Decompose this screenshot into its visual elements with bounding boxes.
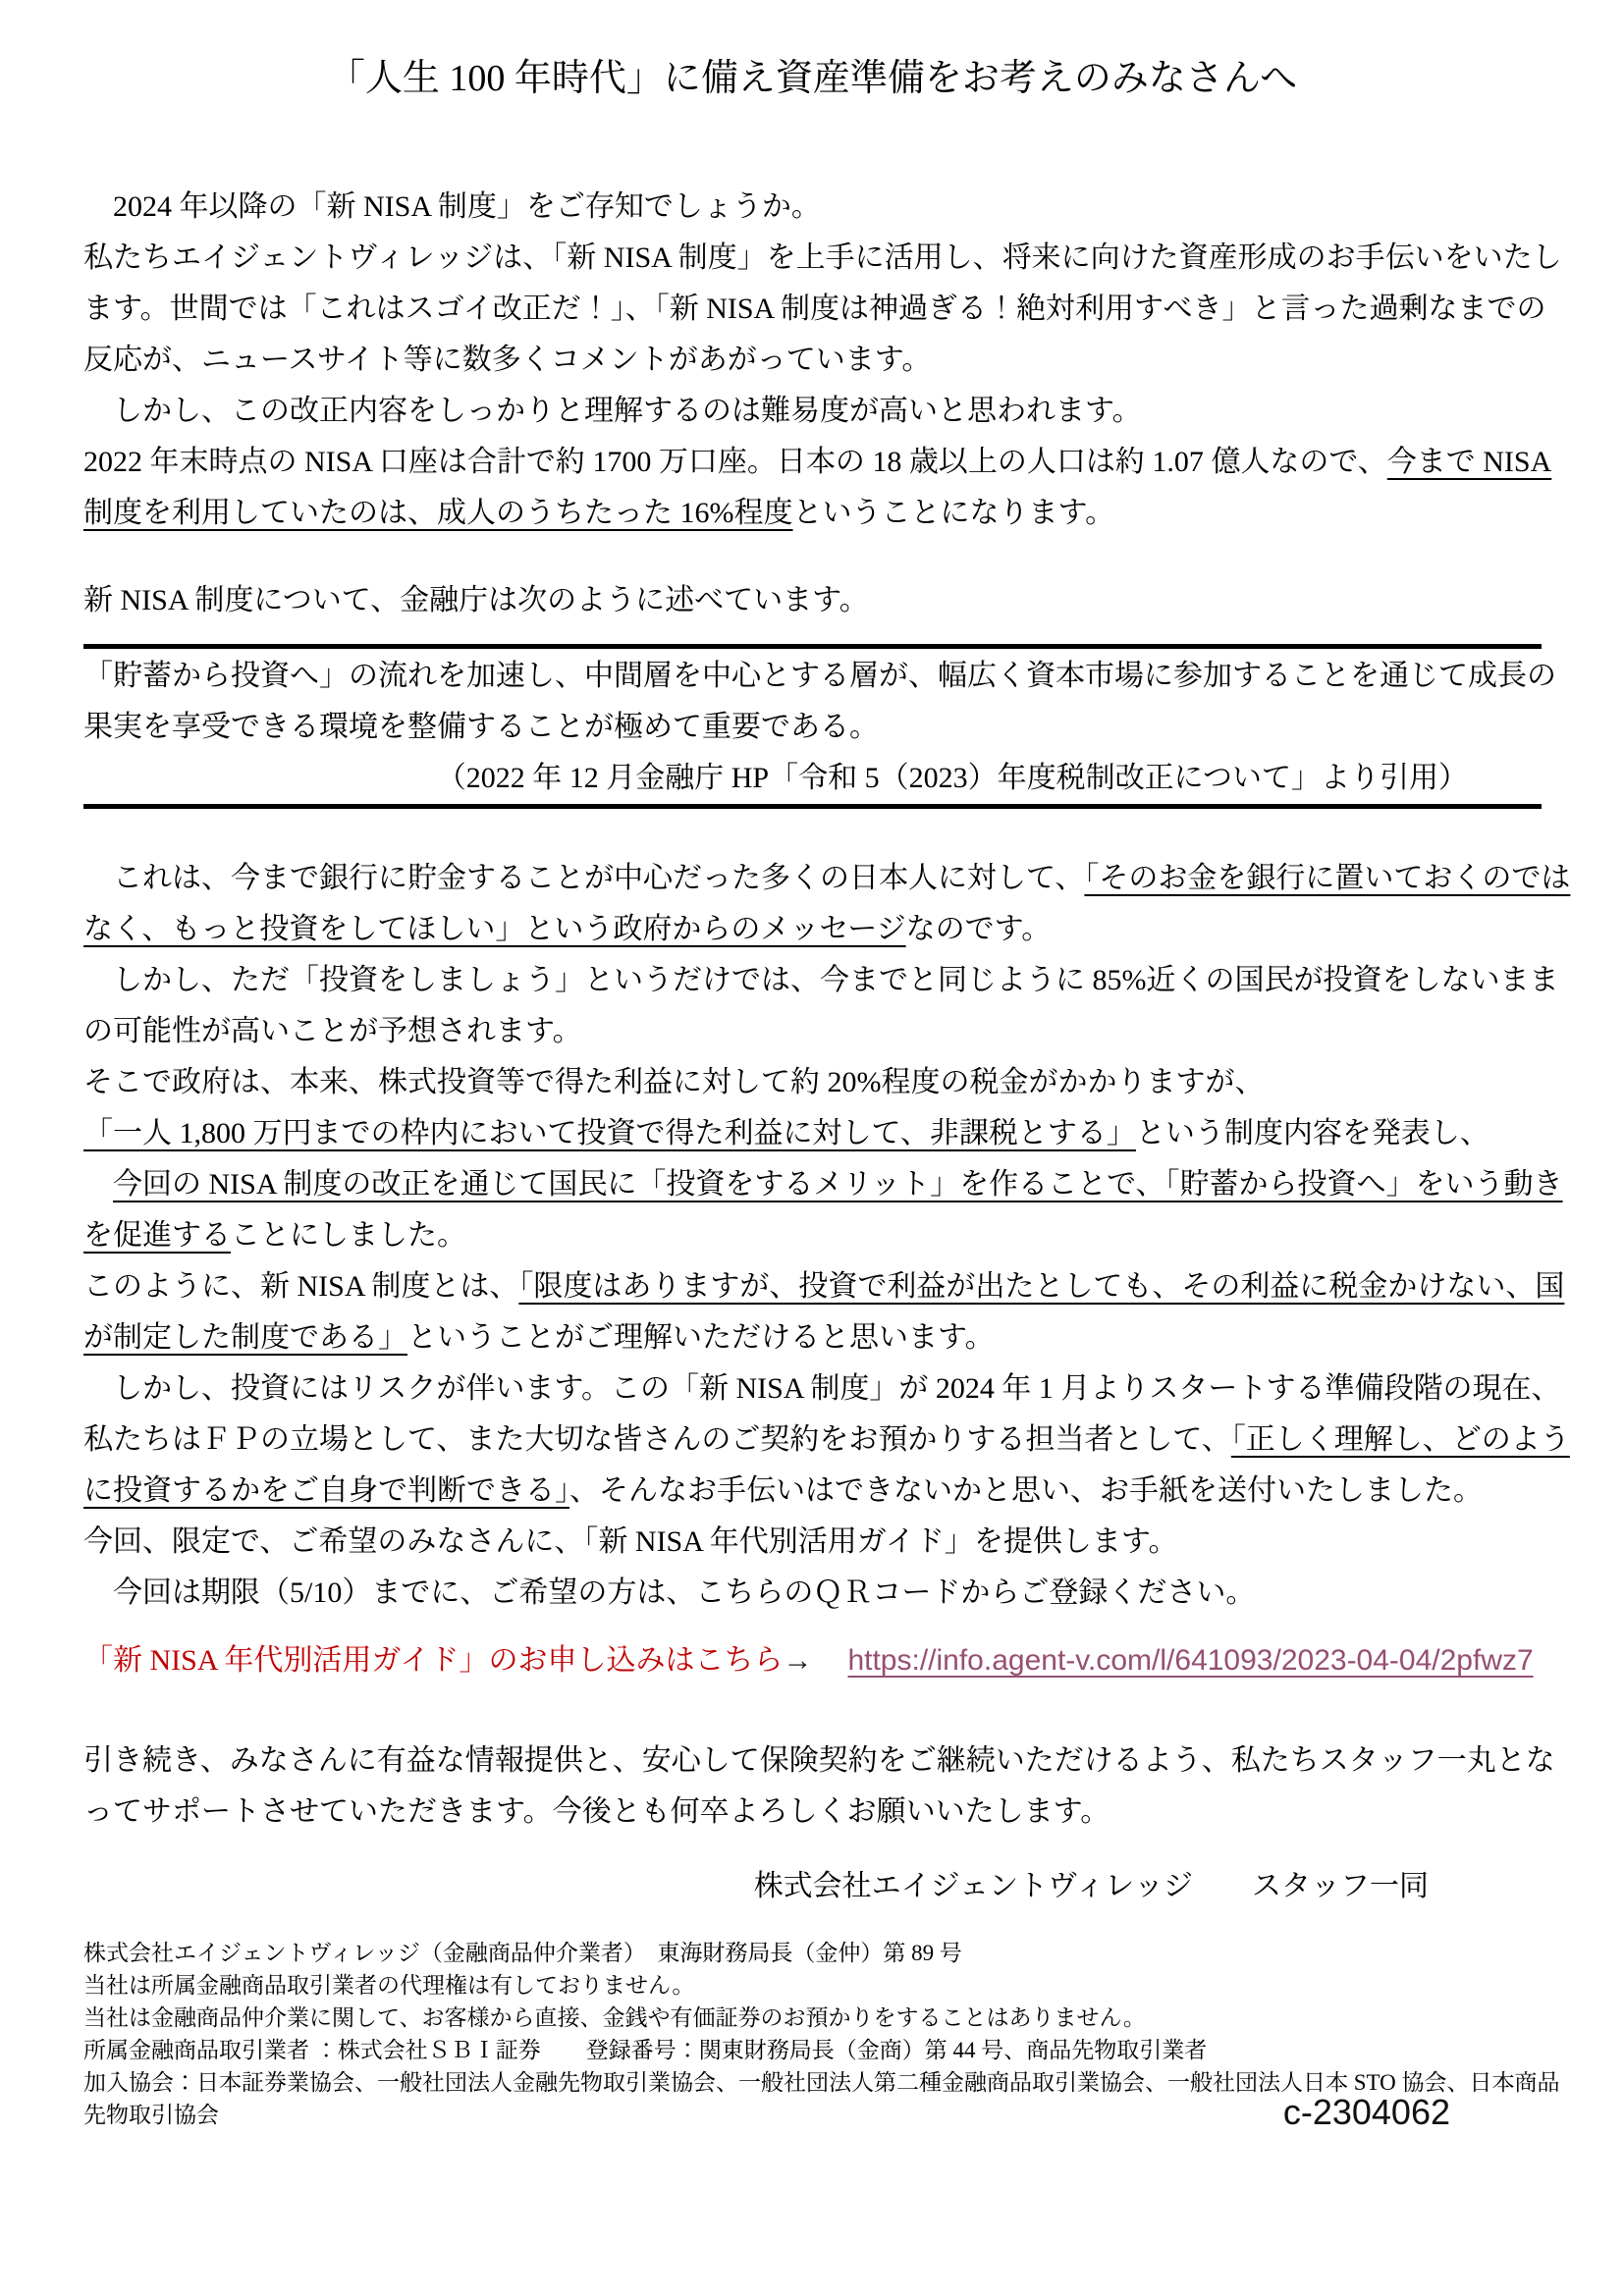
line-text: ことにしました。 [231, 1219, 466, 1252]
main-line-3: しかし、ただ「投資をしましょう」というだけでは、今までと同じように 85%近くの… [83, 955, 1542, 1006]
intro-line-7: 制度を利用していたのは、成人のうちたった 16%程度ということになります。 [83, 488, 1542, 539]
intro-line-1: 2024 年以降の「新 NISA 制度」をご存知でしょうか。 [83, 182, 1542, 233]
main-paragraphs: これは、今まで銀行に貯金することが中心だった多くの日本人に対して、「そのお金を銀… [83, 853, 1542, 1619]
main-line-1: これは、今まで銀行に貯金することが中心だった多くの日本人に対して、「そのお金を銀… [83, 853, 1542, 904]
closing-line-1: 引き続き、みなさんに有益な情報提供と、安心して保険契約をご継続いただけるよう、私… [83, 1735, 1542, 1787]
line-text: ということがご理解いただけると思います。 [407, 1321, 995, 1354]
quote-block: 「貯蓄から投資へ」の流れを加速し、中間層を中心とする層が、幅広く資本市場に参加す… [83, 651, 1542, 804]
quote-line-2: 果実を享受できる環境を整備することが極めて重要である。 [83, 702, 1542, 753]
quote-divider-top [83, 644, 1542, 649]
main-line-6: 「一人 1,800 万円までの枠内において投資で得た利益に対して、非課税とする」… [83, 1108, 1542, 1159]
intro-line-4: 反応が、ニュースサイト等に数多くコメントがあがっています。 [83, 335, 1542, 386]
main-line-13: に投資するかをご自身で判断できる」、そんなお手伝いはできないかと思い、お手紙を送… [83, 1466, 1542, 1517]
footer-line-3: 当社は金融商品仲介業に関して、お客様から直接、金銭や有価証券のお預かりをすること… [83, 2002, 1542, 2034]
quote-divider-bottom [83, 804, 1542, 809]
line-text: ということになります。 [793, 497, 1115, 529]
main-line-4: の可能性が高いことが予想されます。 [83, 1006, 1542, 1057]
company-signature: 株式会社エイジェントヴィレッジ スタッフ一同 [83, 1861, 1542, 1912]
intro-line-2: 私たちエイジェントヴィレッジは、「新 NISA 制度」を上手に活用し、将来に向け… [83, 233, 1542, 284]
underlined-text: が制定した制度である」 [83, 1321, 407, 1354]
signup-url-link[interactable]: https://info.agent-v.com/l/641093/2023-0… [847, 1644, 1533, 1677]
intro-paragraph: 2024 年以降の「新 NISA 制度」をご存知でしょうか。 私たちエイジェント… [83, 182, 1542, 626]
line-text: という制度内容を発表し、 [1136, 1117, 1489, 1149]
line-text: 2022 年末時点の NISA 口座は合計で約 1700 万口座。日本の 18 … [83, 446, 1387, 478]
main-line-8: を促進することにしました。 [83, 1210, 1542, 1261]
underlined-text: 今まで NISA [1387, 446, 1552, 478]
footer-line-4: 所属金融商品取引業者 ：株式会社ＳＢＩ証券 登録番号：関東財務局長（金商）第 4… [83, 2034, 1542, 2066]
main-line-10: が制定した制度である」ということがご理解いただけると思います。 [83, 1312, 1542, 1363]
underlined-text: 「限度はありますが、投資で利益が出たとしても、その利益に税金かけない、国 [518, 1270, 1564, 1303]
underlined-text: を促進する [83, 1219, 231, 1252]
main-line-14: 今回、限定で、ご希望のみなさんに、「新 NISA 年代別活用ガイド」を提供します… [83, 1517, 1542, 1568]
right-arrow-glyph: → [783, 1644, 812, 1677]
signup-cta-label: 「新 NISA 年代別活用ガイド」のお申し込みはこちら [83, 1644, 783, 1677]
quote-line-1: 「貯蓄から投資へ」の流れを加速し、中間層を中心とする層が、幅広く資本市場に参加す… [83, 651, 1542, 702]
document-code: c-2304062 [1283, 2093, 1450, 2132]
main-line-12: 私たちはＦＰの立場として、また大切な皆さんのご契約をお預かりする担当者として、「… [83, 1415, 1542, 1466]
line-text: 私たちはＦＰの立場として、また大切な皆さんのご契約をお預かりする担当者として、 [83, 1423, 1231, 1456]
intro-line-6: 2022 年末時点の NISA 口座は合計で約 1700 万口座。日本の 18 … [83, 437, 1542, 488]
quote-lead-in-line: 新 NISA 制度について、金融庁は次のように述べています。 [83, 575, 1542, 626]
signup-cta-line: 「新 NISA 年代別活用ガイド」のお申し込みはこちら→https://info… [83, 1635, 1542, 1686]
line-text: これは、今まで銀行に貯金することが中心だった多くの日本人に対して、 [83, 862, 1084, 894]
quote-citation: （2022 年 12 月金融庁 HP「令和 5（2023）年度税制改正について」… [83, 753, 1542, 804]
main-line-11: しかし、投資にはリスクが伴います。この「新 NISA 制度」が 2024 年 1… [83, 1363, 1542, 1415]
main-line-2: なく、もっと投資をしてほしい」という政府からのメッセージなのです。 [83, 904, 1542, 955]
closing-paragraph: 引き続き、みなさんに有益な情報提供と、安心して保険契約をご継続いただけるよう、私… [83, 1735, 1542, 1912]
footer-line-1: 株式会社エイジェントヴィレッジ（金融商品仲介業者） 東海財務局長（金仲）第 89… [83, 1937, 1542, 1969]
line-text [83, 1168, 113, 1201]
line-text: 、そんなお手伝いはできないかと思い、お手紙を送付いたしました。 [569, 1474, 1483, 1507]
underlined-text: 今回の NISA 制度の改正を通じて国民に「投資をするメリット」を作ることで、「… [113, 1168, 1563, 1201]
document-page: 「人生 100 年時代」に備え資産準備をお考えのみなさんへ 2024 年以降の「… [0, 0, 1624, 2296]
closing-line-2: ってサポートさせていただきます。今後とも何卒よろしくお願いいたします。 [83, 1787, 1542, 1838]
document-title: 「人生 100 年時代」に備え資産準備をお考えのみなさんへ [83, 51, 1542, 106]
line-text: なのです。 [906, 913, 1052, 945]
intro-line-5: しかし、この改正内容をしっかりと理解するのは難易度が高いと思われます。 [83, 386, 1542, 437]
main-line-15: 今回は期限（5/10）までに、ご希望の方は、こちらのＱＲコードからご登録ください… [83, 1568, 1542, 1619]
underlined-text: 「正しく理解し、どのよう [1231, 1423, 1570, 1456]
intro-line-3: ます。世間では「これはスゴイ改正だ！」、「新 NISA 制度は神過ぎる！絶対利用… [83, 284, 1542, 335]
footer-line-2: 当社は所属金融商品取引業者の代理権は有しておりません。 [83, 1969, 1542, 2002]
underlined-text: 制度を利用していたのは、成人のうちたった 16%程度 [83, 497, 793, 529]
underlined-text: 「そのお金を銀行に置いておくのでは [1084, 862, 1570, 894]
underlined-text: 「一人 1,800 万円までの枠内において投資で得た利益に対して、非課税とする」 [83, 1117, 1136, 1149]
main-line-7: 今回の NISA 制度の改正を通じて国民に「投資をするメリット」を作ることで、「… [83, 1159, 1542, 1210]
underlined-text: に投資するかをご自身で判断できる」 [83, 1474, 569, 1507]
underlined-text: なく、もっと投資をしてほしい」という政府からのメッセージ [83, 913, 906, 945]
main-line-9: このように、新 NISA 制度とは、「限度はありますが、投資で利益が出たとしても… [83, 1261, 1542, 1312]
main-line-5: そこで政府は、本来、株式投資等で得た利益に対して約 20%程度の税金がかかります… [83, 1057, 1542, 1108]
line-text: このように、新 NISA 制度とは、 [83, 1270, 518, 1303]
document-content: 「人生 100 年時代」に備え資産準備をお考えのみなさんへ 2024 年以降の「… [0, 51, 1624, 2131]
